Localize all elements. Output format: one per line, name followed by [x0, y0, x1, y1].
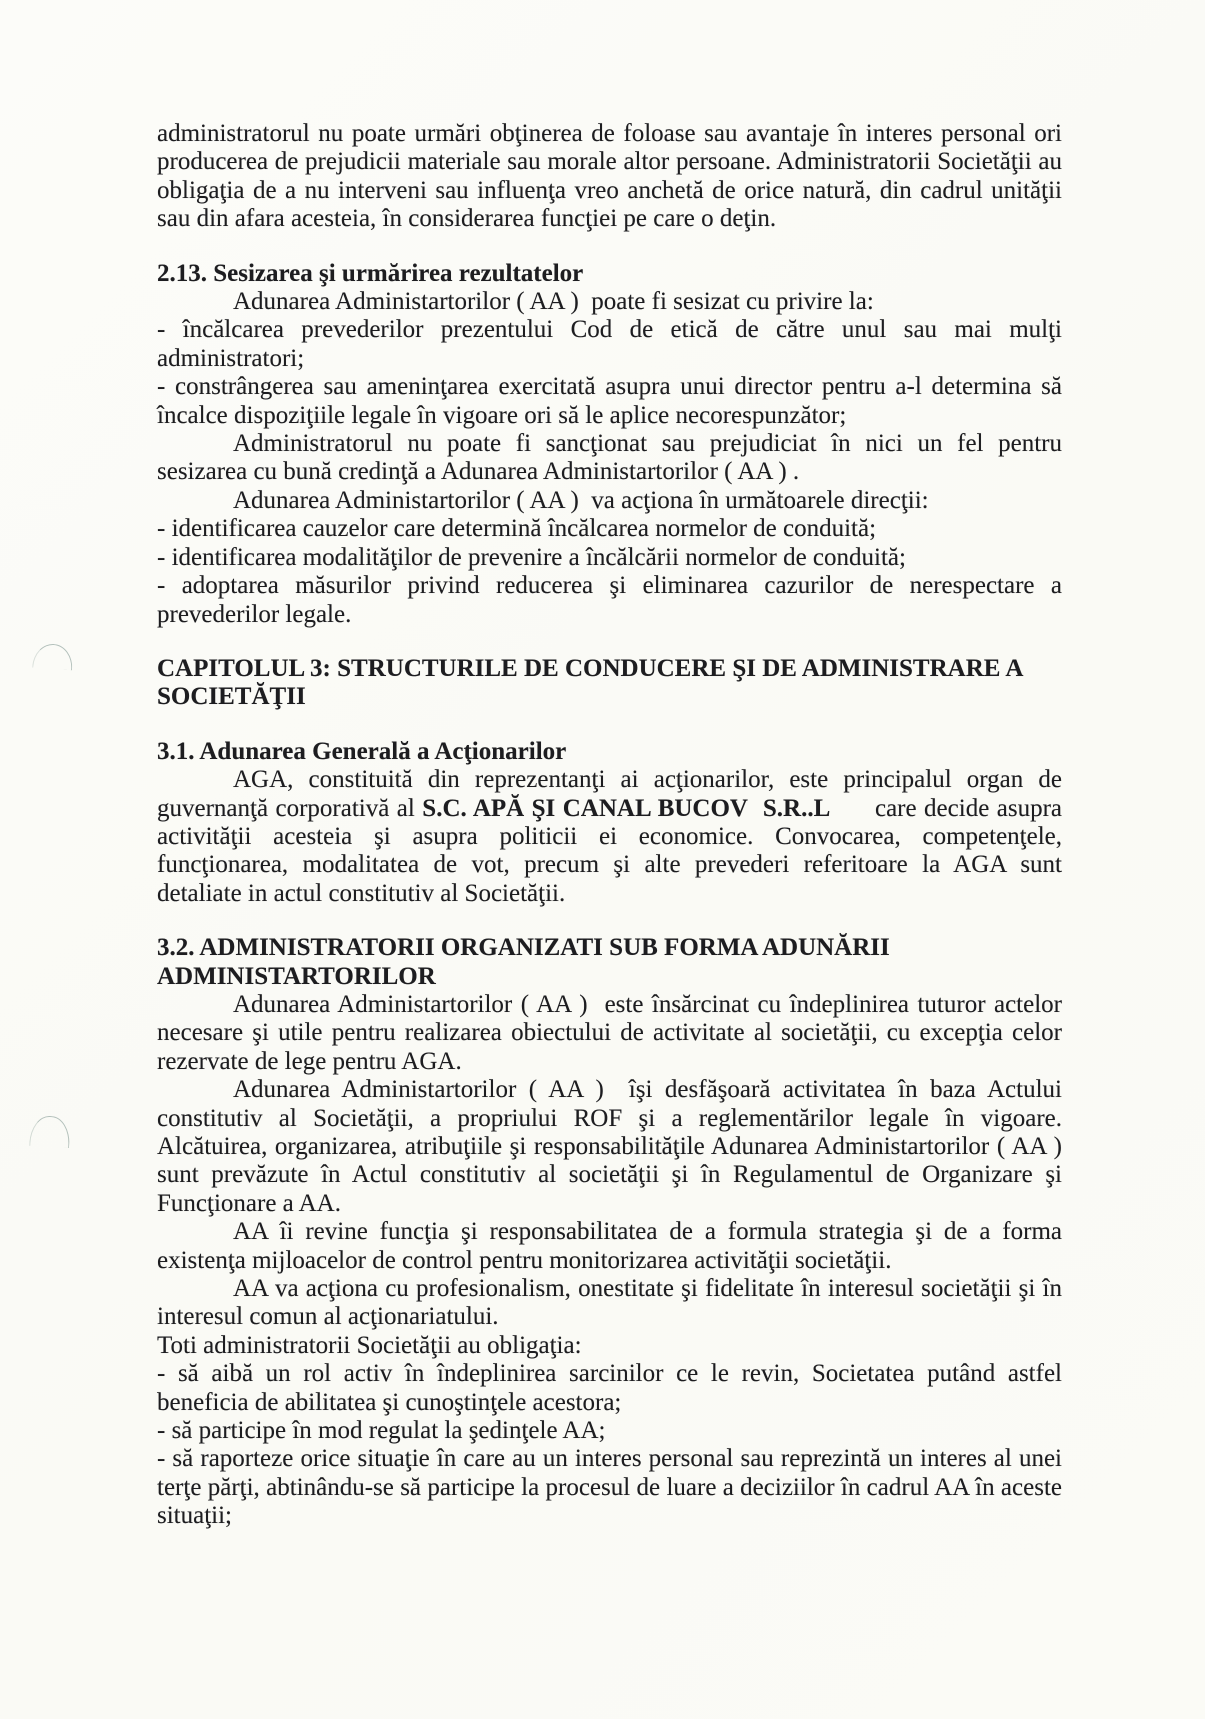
paragraph: AA va acţiona cu profesionalism, onestit… — [157, 1275, 1062, 1332]
section-heading-3-1: 3.1. Adunarea Generală a Acţionarilor — [157, 738, 1062, 766]
paragraph: Adunarea Administartorilor ( AA ) va acţ… — [157, 487, 1062, 515]
paragraph: Adunarea Administartorilor ( AA ) poate … — [157, 288, 1062, 316]
paragraph: Administratorul nu poate fi sancţionat s… — [157, 430, 1062, 487]
list-item: - adoptarea măsurilor privind reducerea … — [157, 572, 1062, 629]
list-item: - identificarea modalităţilor de preveni… — [157, 544, 1062, 572]
paragraph: Adunarea Administartorilor ( AA ) este î… — [157, 991, 1062, 1076]
section-heading-3-2: 3.2. ADMINISTRATORII ORGANIZATI SUB FORM… — [157, 934, 1062, 991]
company-name-bold: S.C. APĂ ŞI CANAL BUCOV S.R..L — [422, 795, 830, 822]
section-heading-2-13: 2.13. Sesizarea şi urmărirea rezultatelo… — [157, 260, 1062, 288]
list-item: - să raporteze orice situaţie în care au… — [157, 1445, 1062, 1530]
list-item: - identificarea cauzelor care determină … — [157, 515, 1062, 543]
list-item: - să participe în mod regulat la şedinţe… — [157, 1417, 1062, 1445]
paragraph-continuation: administratorul nu poate urmări obţinere… — [157, 120, 1062, 234]
list-item: - încălcarea prevederilor prezentului Co… — [157, 316, 1062, 373]
document-page: administratorul nu poate urmări obţinere… — [0, 0, 1205, 1719]
paragraph-aga: AGA, constituită din reprezentanţi ai ac… — [157, 766, 1062, 908]
list-item: - să aibă un rol activ în îndeplinirea s… — [157, 1360, 1062, 1417]
paragraph: Toti administratorii Societăţii au oblig… — [157, 1332, 1062, 1360]
list-item: - constrângerea sau ameninţarea exercita… — [157, 373, 1062, 430]
chapter-heading-3: CAPITOLUL 3: STRUCTURILE DE CONDUCERE ŞI… — [157, 655, 1062, 712]
paragraph: AA îi revine funcţia şi responsabilitate… — [157, 1218, 1062, 1275]
paragraph: Adunarea Administartorilor ( AA ) îşi de… — [157, 1076, 1062, 1218]
